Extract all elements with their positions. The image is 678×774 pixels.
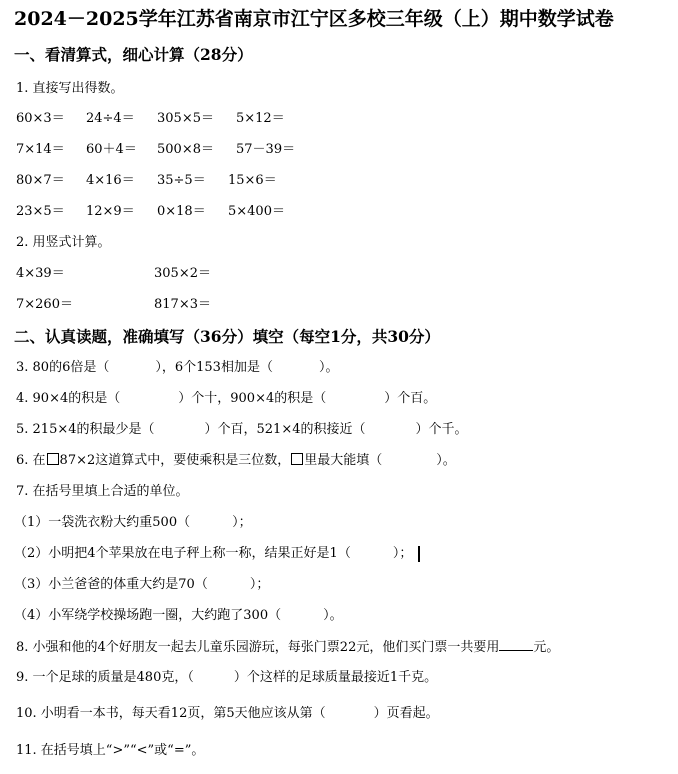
question-text: 元。: [533, 640, 559, 655]
question-text: ）个十，900×4的积是（: [178, 391, 326, 406]
question-2-label: 2. 用竖式计算。: [16, 234, 111, 252]
question-10: 10. 小明看一本书，每天看12页，第5天他应该从第（）页看起。: [16, 705, 439, 723]
question-text: ）。: [319, 360, 339, 375]
calc-item: 7×260＝: [16, 296, 73, 314]
question-7-item-3: （3）小兰爸爸的体重大约是70（）；: [14, 576, 269, 594]
question-text: ）个百，521×4的积接近（: [205, 422, 366, 437]
question-text: 5. 215×4的积最少是（: [16, 422, 155, 437]
question-text: ）。: [436, 453, 456, 468]
calc-item: 305×2＝: [154, 265, 211, 283]
calc-item: 24÷4＝: [86, 110, 135, 128]
empty-box-icon: [47, 453, 59, 465]
empty-box-icon: [291, 453, 303, 465]
question-text: （4）小军绕学校操场跑一圈，大约跑了300（: [14, 608, 281, 623]
calc-item: 60＋4＝: [86, 141, 137, 159]
question-text: 9. 一个足球的质量是480克，（: [16, 670, 194, 685]
question-text: ）。: [323, 608, 343, 623]
calc-item: 4×16＝: [86, 172, 135, 190]
question-text: （1）一袋洗衣粉大约重500（: [14, 515, 190, 530]
calc-item: 35÷5＝: [157, 172, 206, 190]
question-11-label: 11. 在括号填上“>”“<”或“=”。: [16, 742, 204, 760]
question-text: 10. 小明看一本书，每天看12页，第5天他应该从第（: [16, 706, 326, 721]
calc-item: 500×8＝: [157, 141, 214, 159]
calc-item: 7×14＝: [16, 141, 65, 159]
calc-item: 80×7＝: [16, 172, 65, 190]
question-text: 3. 80的6倍是（: [16, 360, 109, 375]
calc-item: 57－39＝: [236, 141, 295, 159]
question-3: 3. 80的6倍是（），6个153相加是（）。: [16, 359, 338, 377]
answer-underline-blank[interactable]: [499, 638, 533, 651]
calc-item: 305×5＝: [157, 110, 214, 128]
question-8: 8. 小强和他的4个好朋友一起去儿童乐园游玩，每张门票22元，他们买门票一共要用…: [16, 638, 559, 657]
calc-item: 5×400＝: [228, 203, 285, 221]
question-5: 5. 215×4的积最少是（）个百，521×4的积接近（）个千。: [16, 421, 468, 439]
calc-item: 15×6＝: [228, 172, 277, 190]
question-4: 4. 90×4的积是（）个十，900×4的积是（）个百。: [16, 390, 436, 408]
question-text: ）页看起。: [374, 706, 439, 721]
section-2-heading: 二、认真读题，准确填写（36分）填空（每空1分，共30分）: [14, 326, 440, 348]
question-text: ）；: [250, 577, 270, 592]
question-text: ）；: [393, 546, 413, 561]
question-text: 87×2这道算式中，要使乘积是三位数，: [60, 453, 291, 468]
calc-item: 817×3＝: [154, 296, 211, 314]
calc-item: 5×12＝: [236, 110, 285, 128]
question-7-item-4: （4）小军绕学校操场跑一圈，大约跑了300（）。: [14, 607, 343, 625]
question-text: 里最大能填（: [304, 453, 382, 468]
question-1-label: 1. 直接写出得数。: [16, 80, 124, 98]
text-cursor: [418, 546, 420, 562]
question-9: 9. 一个足球的质量是480克，（）个这样的足球质量最接近1千克。: [16, 669, 437, 687]
question-7-item-2: （2）小明把4个苹果放在电子秤上称一称，结果正好是1（）；: [14, 545, 420, 563]
calc-item: 4×39＝: [16, 265, 65, 283]
question-text: （2）小明把4个苹果放在电子秤上称一称，结果正好是1（: [14, 546, 351, 561]
calc-item: 12×9＝: [86, 203, 135, 221]
question-7-item-1: （1）一袋洗衣粉大约重500（）；: [14, 514, 252, 532]
calc-item: 60×3＝: [16, 110, 65, 128]
page-title: 2024－2025学年江苏省南京市江宁区多校三年级（上）期中数学试卷: [14, 6, 614, 32]
calc-item: 23×5＝: [16, 203, 65, 221]
question-6: 6. 在87×2这道算式中，要使乘积是三位数，里最大能填（）。: [16, 452, 456, 470]
question-text: ），6个153相加是（: [155, 360, 273, 375]
section-1-heading: 一、看清算式，细心计算（28分）: [14, 44, 253, 66]
question-text: ）个百。: [384, 391, 436, 406]
calc-item: 0×18＝: [157, 203, 206, 221]
question-text: ）个千。: [416, 422, 468, 437]
question-text: 4. 90×4的积是（: [16, 391, 120, 406]
question-text: 8. 小强和他的4个好朋友一起去儿童乐园游玩，每张门票22元，他们买门票一共要用: [16, 640, 499, 655]
question-text: ）；: [232, 515, 252, 530]
question-text: 6. 在: [16, 453, 46, 468]
question-text: ）个这样的足球质量最接近1千克。: [234, 670, 437, 685]
question-text: （3）小兰爸爸的体重大约是70（: [14, 577, 208, 592]
question-7-label: 7. 在括号里填上合适的单位。: [16, 483, 189, 501]
